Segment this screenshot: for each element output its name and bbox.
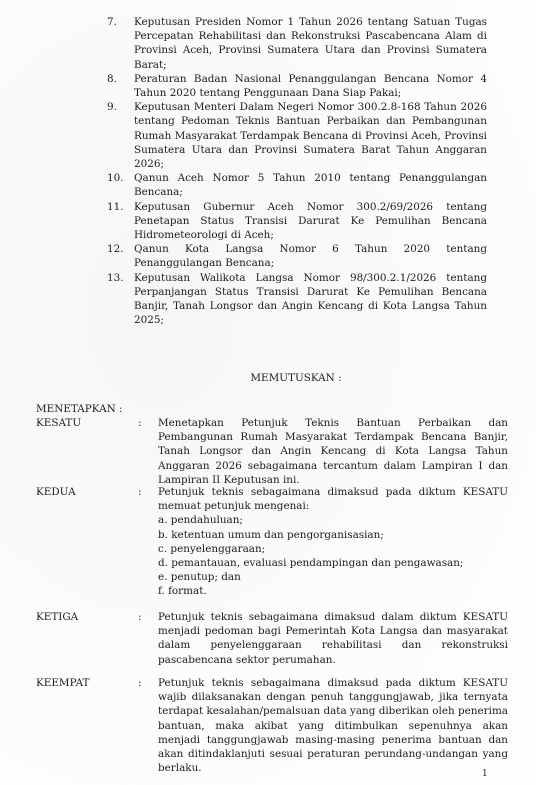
item-text: Keputusan Gubernur Aceh Nomor 300.2/69/2… (134, 200, 487, 243)
list-item: e. penutup; dan (158, 570, 508, 584)
diktum-label: KESATU (36, 416, 81, 430)
list-item: a. pendahuluan; (158, 513, 508, 527)
separator: : (138, 676, 142, 690)
item-number: 7. (107, 15, 125, 29)
item-text: Qanun Aceh Nomor 5 Tahun 2010 tentang Pe… (134, 171, 487, 199)
considerations-list: 7. Keputusan Presiden Nomor 1 Tahun 2026… (112, 15, 376, 327)
page-number: 1 (482, 767, 488, 781)
document-page: 7. Keputusan Presiden Nomor 1 Tahun 2026… (0, 0, 536, 785)
consideration-item-10: 10. Qanun Aceh Nomor 5 Tahun 2010 tentan… (112, 171, 376, 199)
item-number: 9. (107, 100, 125, 114)
list-item: f. format. (158, 584, 508, 598)
consideration-item-8: 8. Peraturan Badan Nasional Penanggulang… (112, 72, 376, 100)
item-text: Qanun Kota Langsa Nomor 6 Tahun 2020 ten… (134, 242, 487, 270)
separator: : (138, 485, 142, 499)
menetapkan-label: MENETAPKAN : (36, 402, 123, 416)
separator: : (138, 610, 142, 624)
decision-heading: MEMUTUSKAN : (0, 371, 536, 385)
item-number: 8. (107, 72, 125, 86)
item-number: 13. (107, 271, 125, 285)
consideration-item-7: 7. Keputusan Presiden Nomor 1 Tahun 2026… (112, 15, 376, 72)
item-text: Keputusan Walikota Langsa Nomor 98/300.2… (134, 271, 487, 328)
diktum-text: Menetapkan Petunjuk Teknis Bantuan Perba… (158, 416, 508, 487)
item-number: 12. (107, 242, 125, 256)
diktum-kesatu: KESATU : Menetapkan Petunjuk Teknis Bant… (36, 416, 506, 487)
list-item: c. penyelenggaraan; (158, 542, 508, 556)
consideration-item-13: 13. Keputusan Walikota Langsa Nomor 98/3… (112, 271, 376, 328)
diktum-keempat: KEEMPAT : Petunjuk teknis sebagaimana di… (36, 676, 506, 775)
diktum-kedua: KEDUA : Petunjuk teknis sebagaimana dima… (36, 485, 506, 599)
item-text: Keputusan Menteri Dalam Negeri Nomor 300… (134, 100, 487, 171)
content-list: a. pendahuluan; b. ketentuan umum dan pe… (158, 513, 508, 598)
diktum-label: KETIGA (36, 610, 78, 624)
item-text: Keputusan Presiden Nomor 1 Tahun 2026 te… (134, 15, 487, 72)
consideration-item-9: 9. Keputusan Menteri Dalam Negeri Nomor … (112, 100, 376, 171)
diktum-label: KEDUA (36, 485, 76, 499)
diktum-ketiga: KETIGA : Petunjuk teknis sebagaimana dim… (36, 610, 506, 667)
diktum-text: Petunjuk teknis sebagaimana dimaksud pad… (158, 676, 508, 775)
list-item: d. pemantauan, evaluasi pendampingan dan… (158, 556, 508, 570)
item-number: 10. (107, 171, 125, 185)
diktum-label: KEEMPAT (36, 676, 89, 690)
item-text: Peraturan Badan Nasional Penanggulangan … (134, 72, 487, 100)
consideration-item-11: 11. Keputusan Gubernur Aceh Nomor 300.2/… (112, 200, 376, 243)
diktum-text: Petunjuk teknis sebagaimana dimaksud dal… (158, 610, 508, 667)
diktum-text: Petunjuk teknis sebagaimana dimaksud pad… (158, 485, 508, 513)
list-item: b. ketentuan umum dan pengorganisasian; (158, 528, 508, 542)
item-number: 11. (107, 200, 125, 214)
separator: : (138, 416, 142, 430)
consideration-item-12: 12. Qanun Kota Langsa Nomor 6 Tahun 2020… (112, 242, 376, 270)
